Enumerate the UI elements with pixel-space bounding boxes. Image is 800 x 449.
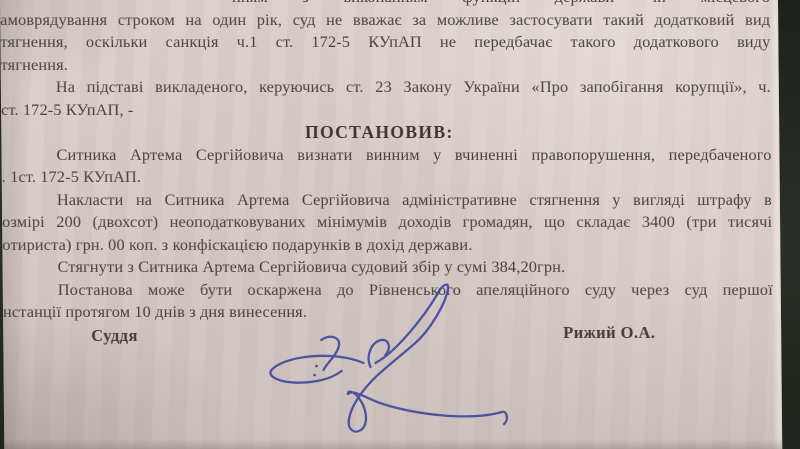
document-line: Накласти на Ситника Артема Сергійовича а… (2, 189, 772, 212)
document-line: Стягнути з Ситника Артема Сергійовича су… (2, 256, 772, 279)
document-text: нням з виконанням функцій держави чи міс… (0, 0, 773, 324)
document-line: озмірі 200 (двохсот) неоподатковуваних м… (2, 211, 772, 234)
ruling-heading: ПОСТАНОВИВ: (1, 121, 771, 144)
document-line: На підставі викладеного, керуючись ст. 2… (1, 76, 771, 99)
document-line: нням з виконанням функцій держави чи міс… (0, 0, 770, 9)
judge-role-label: Суддя (91, 326, 138, 346)
document-paper: нням з виконанням функцій держави чи міс… (0, 0, 782, 449)
signature-ink (257, 279, 521, 447)
document-line: отириста) грн. 00 коп. з конфіскацією по… (2, 234, 772, 257)
document-line: ст. 172-5 КУпАП, - (1, 99, 771, 122)
document-line: Ситника Артема Сергійовича визнати винни… (1, 144, 771, 167)
court-ruling-photo: нням з виконанням функцій держави чи міс… (0, 0, 800, 449)
paper-shadow-bottom (4, 439, 782, 449)
judge-name: Рижий О.А. (563, 323, 655, 343)
document-line: тягнення. (1, 54, 771, 77)
document-line: . 1ст. 172-5 КУпАП. (2, 166, 772, 189)
document-line: амоврядування строком на один рік, суд н… (0, 9, 770, 32)
document-line: тягнення, оскільки санкція ч.1 ст. 172-5… (0, 31, 770, 54)
